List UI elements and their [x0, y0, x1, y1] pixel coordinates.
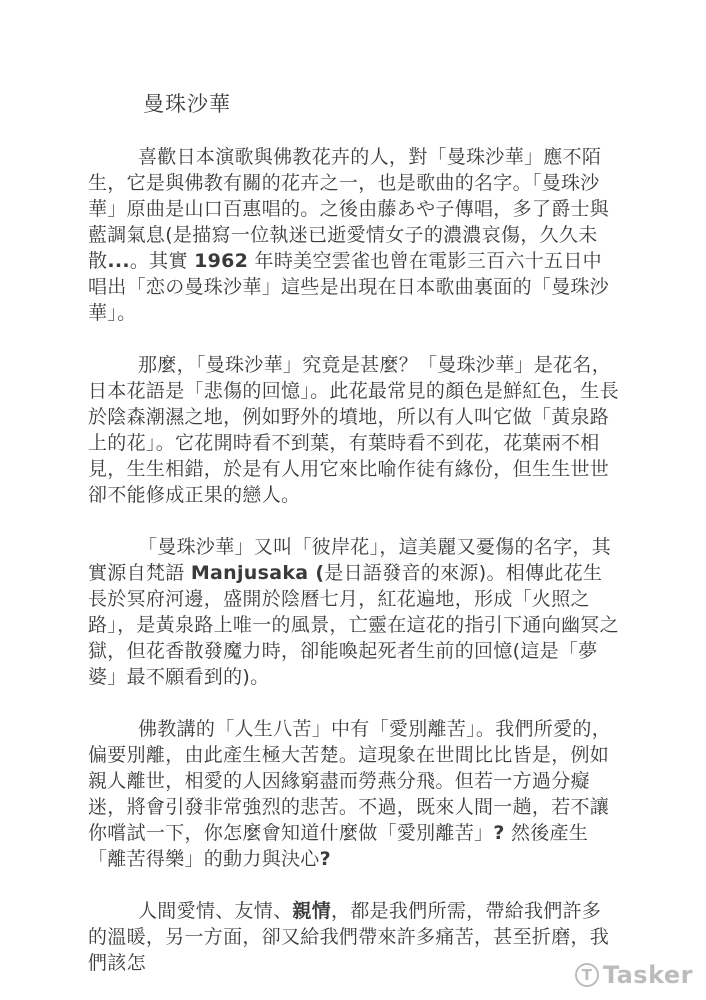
paragraph: 人間愛情、友情、親情，都是我們所需，帶給我們許多的溫暖，另一方面，卻又給我們帶來… — [88, 898, 620, 976]
paragraph: 那麼，「曼珠沙華」究竟是甚麼？「曼珠沙華」是花名，日本花語是「悲傷的回憶」。此花… — [88, 352, 620, 508]
tasker-watermark: T Tasker — [575, 961, 693, 989]
paragraph: 喜歡日本演歌與佛教花卉的人，對「曼珠沙華」應不陌生，它是與佛教有關的花卉之一，也… — [88, 144, 620, 326]
bold-text-run: ... — [107, 250, 130, 272]
document-title: 曼珠沙華 — [88, 88, 620, 118]
bold-text-run: 親情 — [292, 900, 331, 922]
paragraph: 佛教講的「人生八苦」中有「愛別離苦」。我們所愛的，偏要別離，由此產生極大苦楚。這… — [88, 716, 620, 872]
bold-text-run: 1962 — [194, 250, 248, 272]
document-content: 曼珠沙華 喜歡日本演歌與佛教花卉的人，對「曼珠沙華」應不陌生，它是與佛教有關的花… — [0, 0, 706, 976]
text-run: 人間愛情、友情、 — [138, 900, 292, 922]
bold-text-run: Manjusaka ( — [191, 562, 324, 584]
tasker-logo-icon: T — [575, 963, 599, 987]
bold-text-run: ? — [320, 848, 331, 870]
document-page: 曼珠沙華 喜歡日本演歌與佛教花卉的人，對「曼珠沙華」應不陌生，它是與佛教有關的花… — [0, 0, 706, 1000]
paragraph: 「曼珠沙華」又叫「彼岸花」，這美麗又憂傷的名字，其實源自梵語 Manjusaka… — [88, 534, 620, 690]
bold-text-run: ? — [493, 822, 504, 844]
document-body: 喜歡日本演歌與佛教花卉的人，對「曼珠沙華」應不陌生，它是與佛教有關的花卉之一，也… — [88, 144, 620, 976]
tasker-watermark-label: Tasker — [603, 961, 693, 989]
text-run: 那麼，「曼珠沙華」究竟是甚麼？「曼珠沙華」是花名，日本花語是「悲傷的回憶」。此花… — [88, 354, 619, 506]
text-run: 。其實 — [130, 250, 194, 272]
